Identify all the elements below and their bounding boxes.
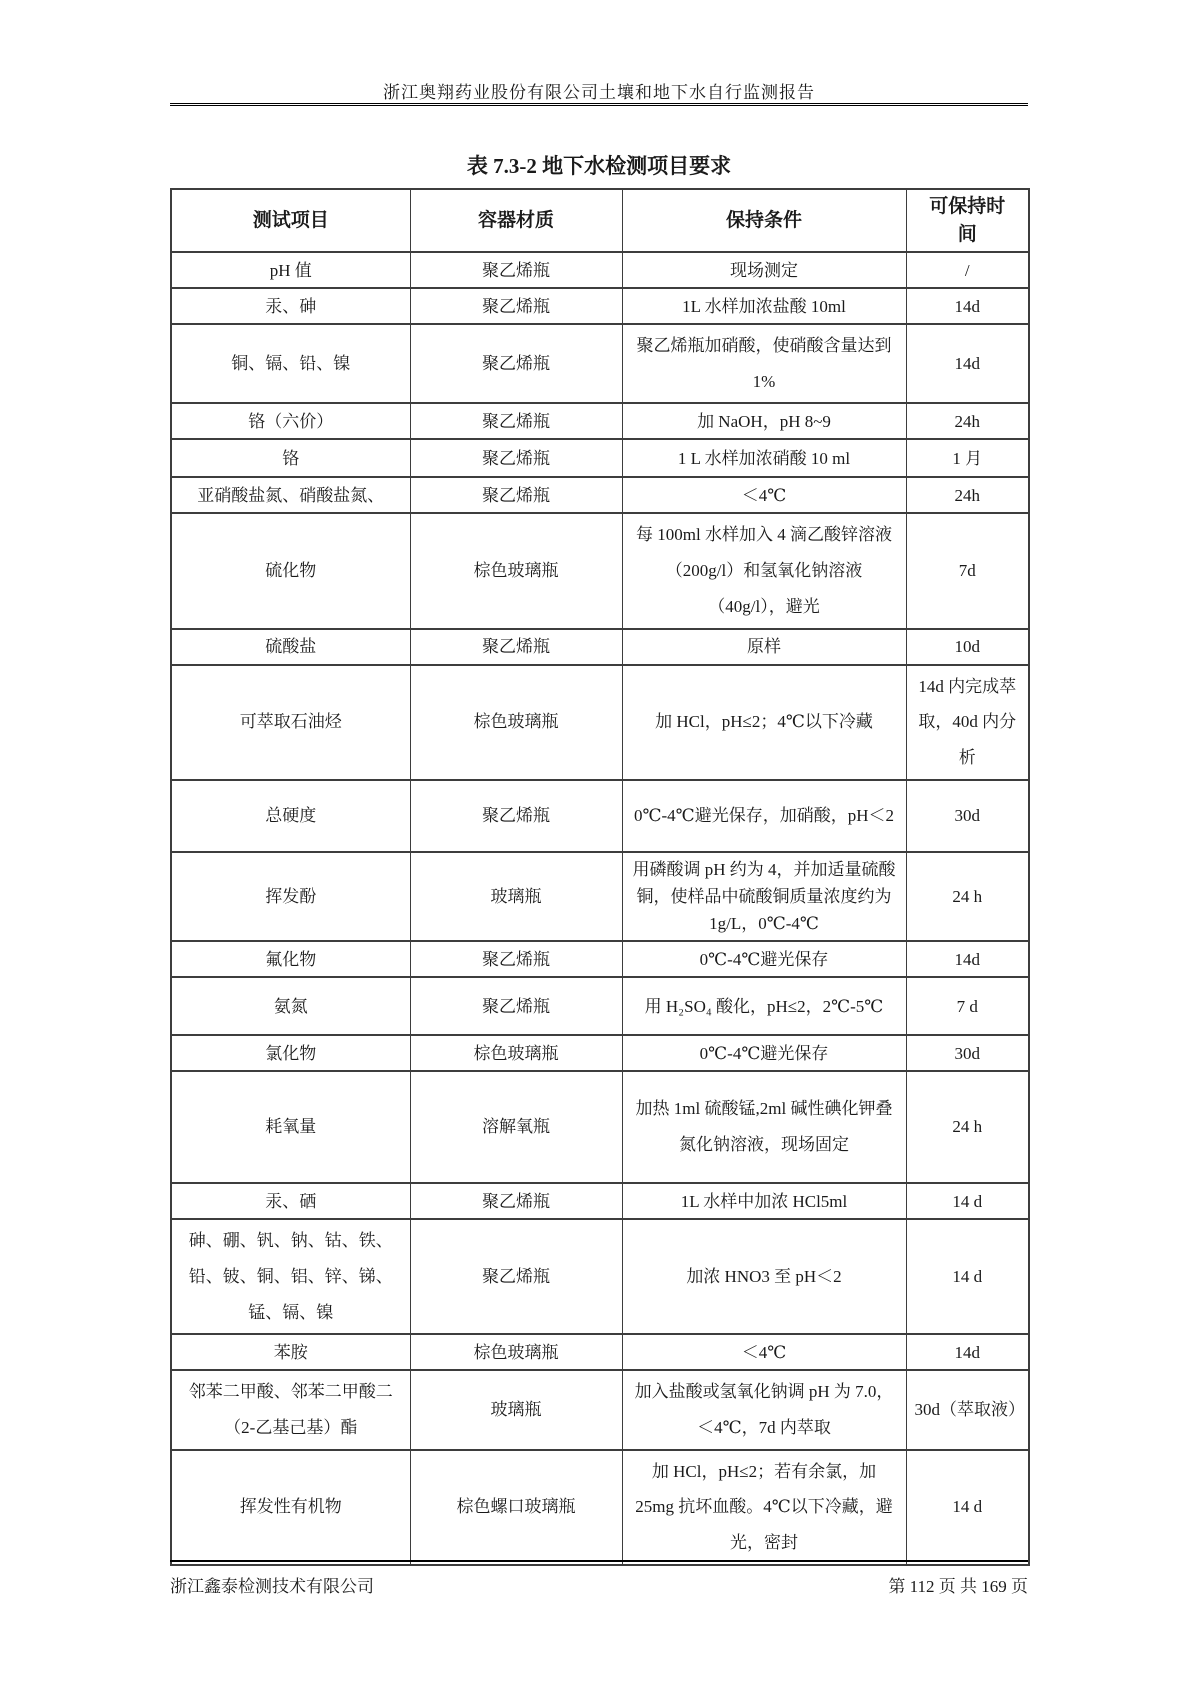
cell-item: 亚硝酸盐氮、硝酸盐氮、 xyxy=(171,477,410,513)
cell-container: 溶解氧瓶 xyxy=(410,1071,622,1183)
table-row: 硫酸盐 聚乙烯瓶 原样 10d xyxy=(171,629,1029,665)
cell-time: 24 h xyxy=(906,852,1029,942)
cell-item: 氨氮 xyxy=(171,977,410,1035)
cell-time: 14d xyxy=(906,288,1029,324)
cell-container: 棕色玻璃瓶 xyxy=(410,1334,622,1370)
cell-container: 玻璃瓶 xyxy=(410,852,622,942)
footer-company-name: 浙江鑫泰检测技术有限公司 xyxy=(170,1572,374,1597)
cell-item: 苯胺 xyxy=(171,1334,410,1370)
cell-item: 氯化物 xyxy=(171,1035,410,1071)
table-row: 氨氮 聚乙烯瓶 用 H₂SO₄ 酸化，pH≤2，2℃-5℃ 7 d xyxy=(171,977,1029,1035)
cell-time: 1 月 xyxy=(906,439,1029,477)
table-row: 可萃取石油烃 棕色玻璃瓶 加 HCl，pH≤2；4℃以下冷藏 14d 内完成萃取… xyxy=(171,665,1029,780)
cell-item: 硫化物 xyxy=(171,513,410,628)
cell-condition: ＜4℃ xyxy=(622,477,906,513)
cell-time: 24h xyxy=(906,477,1029,513)
cell-condition: 加 HCl，pH≤2；若有余氯，加 25mg 抗坏血酸。4℃以下冷藏，避光，密封 xyxy=(622,1450,906,1565)
table-header-row: 测试项目 容器材质 保持条件 可保持时间 xyxy=(171,189,1029,252)
table-row: 汞、硒 聚乙烯瓶 1L 水样中加浓 HCl5ml 14 d xyxy=(171,1183,1029,1219)
cell-container: 棕色螺口玻璃瓶 xyxy=(410,1450,622,1565)
table-row: 挥发酚 玻璃瓶 用磷酸调 pH 约为 4，并加适量硫酸铜，使样品中硫酸铜质量浓度… xyxy=(171,852,1029,942)
table-row: 总硬度 聚乙烯瓶 0℃-4℃避光保存，加硝酸，pH＜2 30d xyxy=(171,780,1029,852)
cell-condition: 用磷酸调 pH 约为 4，并加适量硫酸铜，使样品中硫酸铜质量浓度约为 1g/L，… xyxy=(622,852,906,942)
cell-condition: 1L 水样中加浓 HCl5ml xyxy=(622,1183,906,1219)
cell-item: 砷、硼、钒、钠、钴、铁、铅、铍、铜、铝、锌、锑、锰、镉、镍 xyxy=(171,1219,410,1334)
cell-container: 聚乙烯瓶 xyxy=(410,1219,622,1334)
cell-container: 聚乙烯瓶 xyxy=(410,1183,622,1219)
cell-time: 30d（萃取液） xyxy=(906,1370,1029,1449)
cell-container: 玻璃瓶 xyxy=(410,1370,622,1449)
cell-item: 汞、砷 xyxy=(171,288,410,324)
cell-item: pH 值 xyxy=(171,252,410,288)
cell-container: 聚乙烯瓶 xyxy=(410,439,622,477)
cell-condition: 加 NaOH，pH 8~9 xyxy=(622,403,906,439)
cell-item: 铜、镉、铅、镍 xyxy=(171,324,410,403)
cell-condition: ＜4℃ xyxy=(622,1334,906,1370)
cell-condition: 加浓 HNO3 至 pH＜2 xyxy=(622,1219,906,1334)
cell-container: 棕色玻璃瓶 xyxy=(410,665,622,780)
column-header-condition: 保持条件 xyxy=(622,189,906,252)
cell-condition: 0℃-4℃避光保存 xyxy=(622,941,906,977)
cell-time: 14d xyxy=(906,324,1029,403)
cell-item: 耗氧量 xyxy=(171,1071,410,1183)
cell-time: 30d xyxy=(906,1035,1029,1071)
cell-container: 聚乙烯瓶 xyxy=(410,780,622,852)
cell-condition: 0℃-4℃避光保存，加硝酸，pH＜2 xyxy=(622,780,906,852)
cell-condition: 原样 xyxy=(622,629,906,665)
cell-time: 14 d xyxy=(906,1183,1029,1219)
header-rule xyxy=(170,103,1028,106)
cell-item: 可萃取石油烃 xyxy=(171,665,410,780)
footer-page-number: 第 112 页 共 169 页 xyxy=(888,1572,1028,1597)
table-row: 氯化物 棕色玻璃瓶 0℃-4℃避光保存 30d xyxy=(171,1035,1029,1071)
page-header-title: 浙江奥翔药业股份有限公司土壤和地下水自行监测报告 xyxy=(170,78,1028,103)
table-row: 耗氧量 溶解氧瓶 加热 1ml 硫酸锰,2ml 碱性碘化钾叠氮化钠溶液，现场固定… xyxy=(171,1071,1029,1183)
table-row: 铬 聚乙烯瓶 1 L 水样加浓硝酸 10 ml 1 月 xyxy=(171,439,1029,477)
cell-container: 聚乙烯瓶 xyxy=(410,941,622,977)
cell-time: 7 d xyxy=(906,977,1029,1035)
cell-container: 聚乙烯瓶 xyxy=(410,977,622,1035)
cell-item: 氟化物 xyxy=(171,941,410,977)
cell-condition: 现场测定 xyxy=(622,252,906,288)
cell-container: 聚乙烯瓶 xyxy=(410,629,622,665)
cell-time: 30d xyxy=(906,780,1029,852)
table-row: 苯胺 棕色玻璃瓶 ＜4℃ 14d xyxy=(171,1334,1029,1370)
table-row: 氟化物 聚乙烯瓶 0℃-4℃避光保存 14d xyxy=(171,941,1029,977)
cell-item: 铬 xyxy=(171,439,410,477)
cell-item: 挥发性有机物 xyxy=(171,1450,410,1565)
footer-rule xyxy=(170,1560,1028,1562)
cell-item: 挥发酚 xyxy=(171,852,410,942)
cell-time: 14d xyxy=(906,1334,1029,1370)
report-page: 浙江奥翔药业股份有限公司土壤和地下水自行监测报告 表 7.3-2 地下水检测项目… xyxy=(0,0,1199,1696)
table-row: 挥发性有机物 棕色螺口玻璃瓶 加 HCl，pH≤2；若有余氯，加 25mg 抗坏… xyxy=(171,1450,1029,1565)
table-row: 邻苯二甲酸、邻苯二甲酸二（2-乙基己基）酯 玻璃瓶 加入盐酸或氢氧化钠调 pH … xyxy=(171,1370,1029,1449)
cell-time: 14d xyxy=(906,941,1029,977)
cell-container: 聚乙烯瓶 xyxy=(410,324,622,403)
column-header-hold-time-label: 可保持时间 xyxy=(926,193,1008,248)
cell-time: 14 d xyxy=(906,1450,1029,1565)
cell-condition: 1L 水样加浓盐酸 10ml xyxy=(622,288,906,324)
table-title: 表 7.3-2 地下水检测项目要求 xyxy=(170,150,1028,180)
cell-container: 棕色玻璃瓶 xyxy=(410,513,622,628)
cell-container: 聚乙烯瓶 xyxy=(410,403,622,439)
cell-item: 邻苯二甲酸、邻苯二甲酸二（2-乙基己基）酯 xyxy=(171,1370,410,1449)
table-row: 亚硝酸盐氮、硝酸盐氮、 聚乙烯瓶 ＜4℃ 24h xyxy=(171,477,1029,513)
cell-condition: 每 100ml 水样加入 4 滴乙酸锌溶液（200g/l）和氢氧化钠溶液（40g… xyxy=(622,513,906,628)
cell-container: 聚乙烯瓶 xyxy=(410,477,622,513)
groundwater-requirements-table: 测试项目 容器材质 保持条件 可保持时间 pH 值 聚乙烯瓶 现场测定 / 汞、… xyxy=(170,188,1030,1566)
table-row: pH 值 聚乙烯瓶 现场测定 / xyxy=(171,252,1029,288)
table-row: 砷、硼、钒、钠、钴、铁、铅、铍、铜、铝、锌、锑、锰、镉、镍 聚乙烯瓶 加浓 HN… xyxy=(171,1219,1029,1334)
table-row: 铬（六价） 聚乙烯瓶 加 NaOH，pH 8~9 24h xyxy=(171,403,1029,439)
cell-condition: 聚乙烯瓶加硝酸，使硝酸含量达到 1% xyxy=(622,324,906,403)
cell-condition: 加热 1ml 硫酸锰,2ml 碱性碘化钾叠氮化钠溶液，现场固定 xyxy=(622,1071,906,1183)
cell-condition: 0℃-4℃避光保存 xyxy=(622,1035,906,1071)
cell-item: 总硬度 xyxy=(171,780,410,852)
cell-time: 10d xyxy=(906,629,1029,665)
cell-item: 硫酸盐 xyxy=(171,629,410,665)
page-footer: 浙江鑫泰检测技术有限公司 第 112 页 共 169 页 xyxy=(170,1572,1028,1597)
cell-condition: 加 HCl，pH≤2；4℃以下冷藏 xyxy=(622,665,906,780)
cell-time: 14d 内完成萃取，40d 内分析 xyxy=(906,665,1029,780)
cell-condition: 加入盐酸或氢氧化钠调 pH 为 7.0，＜4℃，7d 内萃取 xyxy=(622,1370,906,1449)
cell-time: 14 d xyxy=(906,1219,1029,1334)
cell-condition: 用 H₂SO₄ 酸化，pH≤2，2℃-5℃ xyxy=(622,977,906,1035)
table-row: 铜、镉、铅、镍 聚乙烯瓶 聚乙烯瓶加硝酸，使硝酸含量达到 1% 14d xyxy=(171,324,1029,403)
table-row: 硫化物 棕色玻璃瓶 每 100ml 水样加入 4 滴乙酸锌溶液（200g/l）和… xyxy=(171,513,1029,628)
cell-container: 棕色玻璃瓶 xyxy=(410,1035,622,1071)
cell-time: / xyxy=(906,252,1029,288)
table-row: 汞、砷 聚乙烯瓶 1L 水样加浓盐酸 10ml 14d xyxy=(171,288,1029,324)
cell-time: 7d xyxy=(906,513,1029,628)
cell-item: 汞、硒 xyxy=(171,1183,410,1219)
column-header-hold-time: 可保持时间 xyxy=(906,189,1029,252)
cell-time: 24h xyxy=(906,403,1029,439)
column-header-container: 容器材质 xyxy=(410,189,622,252)
column-header-test-item: 测试项目 xyxy=(171,189,410,252)
cell-item: 铬（六价） xyxy=(171,403,410,439)
cell-container: 聚乙烯瓶 xyxy=(410,252,622,288)
cell-time: 24 h xyxy=(906,1071,1029,1183)
cell-container: 聚乙烯瓶 xyxy=(410,288,622,324)
cell-condition: 1 L 水样加浓硝酸 10 ml xyxy=(622,439,906,477)
